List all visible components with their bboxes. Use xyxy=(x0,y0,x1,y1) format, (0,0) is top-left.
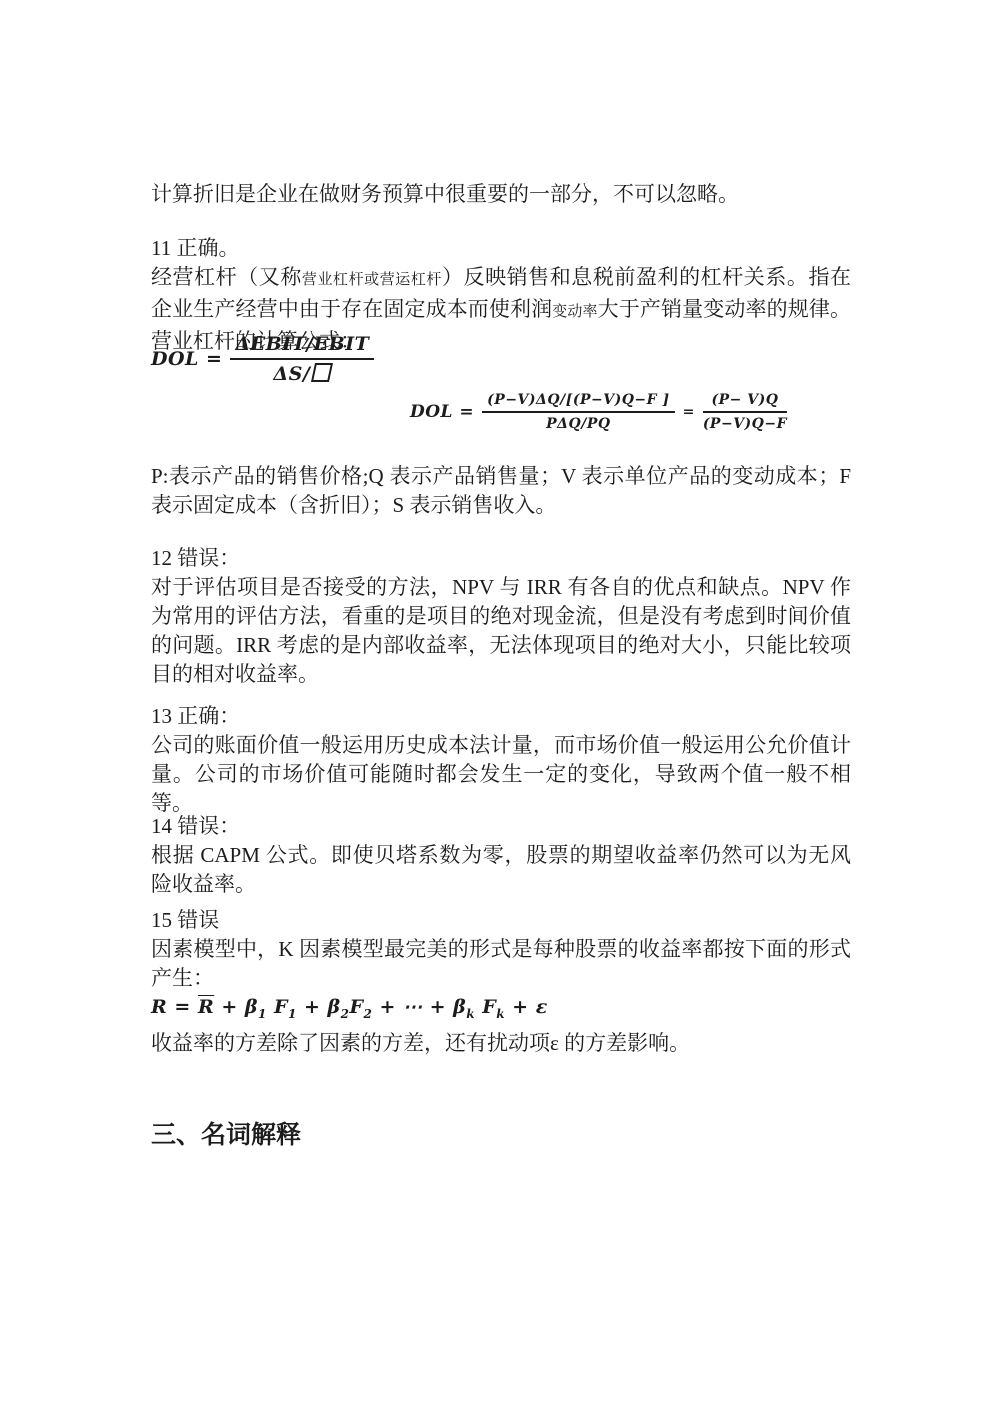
fraction: (P−V)ΔQ/[(P−V)Q−F ]PΔQ/PQ xyxy=(482,392,674,432)
fraction-numerator: (P− V)Q xyxy=(703,392,787,413)
r-bar: R xyxy=(198,996,214,1018)
item-15: 15 错误 因素模型中，K 因素模型最完美的形式是每种股票的收益率都按下面的形式… xyxy=(151,906,851,1058)
document-page: 计算折旧是企业在做财务预算中很重要的一部分，不可以忽略。 11 正确。 经营杠杆… xyxy=(0,0,992,1403)
fraction-denominator: PΔQ/PQ xyxy=(482,413,674,432)
item-12-paragraph: 对于评估项目是否接受的方法，NPV 与 IRR 有各自的优点和缺点。NPV 作为… xyxy=(151,573,851,689)
item-15-paragraph-2: 收益率的方差除了因素的方差，还有扰动项ε 的方差影响。 xyxy=(151,1029,851,1058)
fraction-numerator: (P−V)ΔQ/[(P−V)Q−F ] xyxy=(482,392,674,413)
item-13-paragraph: 公司的账面价值一般运用历史成本法计量，而市场价值一般运用公允价值计量。公司的市场… xyxy=(151,731,851,818)
item-13-label: 13 正确： xyxy=(151,702,851,731)
fraction: (P− V)Q(P−V)Q−F xyxy=(703,392,787,432)
intro-text: 计算折旧是企业在做财务预算中很重要的一部分，不可以忽略。 xyxy=(151,182,739,206)
variable-definitions: P:表示产品的销售价格;Q 表示产品销售量；V 表示单位产品的变动成本；F 表示… xyxy=(151,462,851,520)
item-14-label: 14 错误： xyxy=(151,812,851,841)
section-heading: 三、名词解释 xyxy=(151,1119,851,1151)
item-15-paragraph: 因素模型中，K 因素模型最完美的形式是每种股票的收益率都按下面的形式产生： xyxy=(151,935,851,993)
formula-lhs: DOL = xyxy=(151,348,222,370)
item-11-label: 11 正确。 xyxy=(151,234,851,263)
missing-glyph-box xyxy=(311,363,333,382)
dol-formula-2: DOL =(P−V)ΔQ/[(P−V)Q−F ]PΔQ/PQ=(P− V)Q(P… xyxy=(410,392,850,432)
item-14: 14 错误： 根据 CAPM 公式。即使贝塔系数为零，股票的期望收益率仍然可以为… xyxy=(151,812,851,899)
item-14-paragraph: 根据 CAPM 公式。即使贝塔系数为零，股票的期望收益率仍然可以为无风险收益率。 xyxy=(151,841,851,899)
item-12-label: 12 错误： xyxy=(151,544,851,573)
factor-model-formula: R = R + β1 F1 + β2F2 + ⋯ + βk Fk + ε xyxy=(151,993,851,1029)
intro-paragraph: 计算折旧是企业在做财务预算中很重要的一部分，不可以忽略。 xyxy=(151,180,851,209)
fraction-numerator: ΔEBIT/EBIT xyxy=(230,333,374,360)
item-12: 12 错误： 对于评估项目是否接受的方法，NPV 与 IRR 有各自的优点和缺点… xyxy=(151,544,851,689)
fraction: ΔEBIT/EBITΔS/ xyxy=(230,333,374,385)
small-text-run: 营业杠杆或营运杠杆 xyxy=(302,272,442,288)
fraction-denominator: (P−V)Q−F xyxy=(703,413,787,432)
equals-sign: = xyxy=(683,404,695,420)
formula-lhs: DOL = xyxy=(410,402,474,422)
item-15-label: 15 错误 xyxy=(151,906,851,935)
small-text-run: 变动率 xyxy=(552,304,597,320)
dol-formula-1: DOL =ΔEBIT/EBITΔS/ xyxy=(151,333,851,385)
fraction-denominator: ΔS/ xyxy=(230,360,374,385)
item-13: 13 正确： 公司的账面价值一般运用历史成本法计量，而市场价值一般运用公允价值计… xyxy=(151,702,851,818)
